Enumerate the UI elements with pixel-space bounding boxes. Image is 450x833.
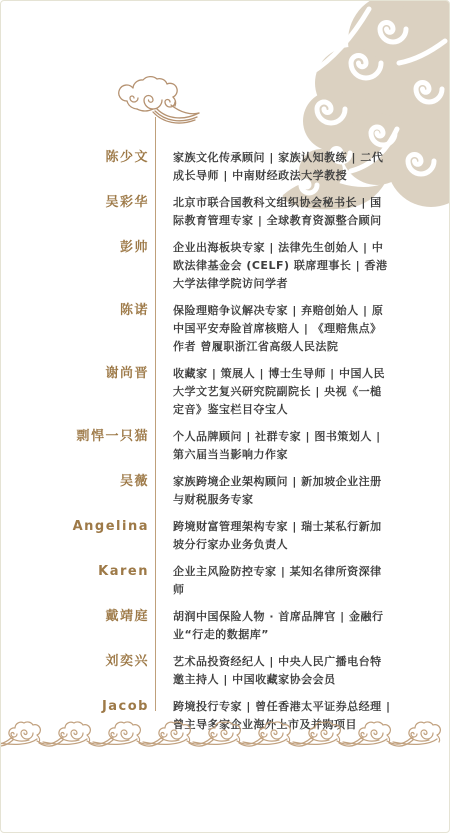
person-row: 刘奕兴 艺术品投资经纪人 | 中央人民广播电台特邀主持人 | 中国收藏家协会会员 [61,653,393,689]
person-name: 彭帅 [61,239,149,293]
cloud-scroll-icon [251,719,301,749]
person-desc: 个人品牌顾问 | 社群专家 | 图书策划人 | 第六届当当影响力作家 [173,428,393,464]
cloud-scroll-icon [351,719,401,749]
person-row: 陈少文 家族文化传承顾问 | 家族认知教练 | 二代成长导师 | 中南财经政法大… [61,149,393,185]
person-name: 戴靖庭 [61,608,149,644]
cloud-scroll-icon [401,719,450,749]
cloud-scroll-icon [301,719,351,749]
person-row: Angelina 跨境财富管理架构专家 | 瑞士某私行新加坡分行家办业务负责人 [61,518,393,554]
person-name: 刘奕兴 [61,653,149,689]
person-row: 陈诺 保险理赔争议解决专家 | 弃赔创始人 | 原中国平安寿险首席核赔人 | 《… [61,302,393,356]
ruyi-cloud-icon [113,71,205,127]
person-desc: 保险理赔争议解决专家 | 弃赔创始人 | 原中国平安寿险首席核赔人 | 《理赔焦… [173,302,393,356]
person-row: 吴彩华 北京市联合国教科文组织协会秘书长 | 国际教育管理专家 | 全球教育资源… [61,194,393,230]
person-desc: 跨境财富管理架构专家 | 瑞士某私行新加坡分行家办业务负责人 [173,518,393,554]
person-row: 剽悍一只猫 个人品牌顾问 | 社群专家 | 图书策划人 | 第六届当当影响力作家 [61,428,393,464]
person-row: Karen 企业主风险防控专家 | 某知名律所资深律师 [61,563,393,599]
person-name: 剽悍一只猫 [61,428,149,464]
person-desc: 胡润中国保险人物 · 首席品牌官 | 金融行业“行走的数据库” [173,608,393,644]
person-row: 谢尚晋 收藏家 | 策展人 | 博士生导师 | 中国人民大学文艺复兴研究院副院长… [61,365,393,419]
person-name: 陈诺 [61,302,149,356]
poster-card: 陈少文 家族文化传承顾问 | 家族认知教练 | 二代成长导师 | 中南财经政法大… [0,0,450,833]
cloud-scroll-icon [51,719,101,749]
person-row: 吴薇 家族跨境企业架构顾问 | 新加坡企业注册与财税服务专家 [61,473,393,509]
person-name: 谢尚晋 [61,365,149,419]
person-desc: 北京市联合国教科文组织协会秘书长 | 国际教育管理专家 | 全球教育资源整合顾问 [173,194,393,230]
person-name: Angelina [61,518,149,554]
person-desc: 企业主风险防控专家 | 某知名律所资深律师 [173,563,393,599]
person-desc: 家族跨境企业架构顾问 | 新加坡企业注册与财税服务专家 [173,473,393,509]
cloud-scroll-icon [201,719,251,749]
person-desc: 艺术品投资经纪人 | 中央人民广播电台特邀主持人 | 中国收藏家协会会员 [173,653,393,689]
person-row: 戴靖庭 胡润中国保险人物 · 首席品牌官 | 金融行业“行走的数据库” [61,608,393,644]
person-desc: 企业出海板块专家 | 法律先生创始人 | 中欧法律基金会 (CELF) 联席理事… [173,239,393,293]
person-desc: 收藏家 | 策展人 | 博士生导师 | 中国人民大学文艺复兴研究院副院长 | 央… [173,365,393,419]
person-desc: 家族文化传承顾问 | 家族认知教练 | 二代成长导师 | 中南财经政法大学教授 [173,149,393,185]
speaker-list: 陈少文 家族文化传承顾问 | 家族认知教练 | 二代成长导师 | 中南财经政法大… [61,149,393,743]
cloud-scroll-icon [101,719,151,749]
footer-cloud-border [1,719,450,749]
person-name: 吴薇 [61,473,149,509]
person-name: 吴彩华 [61,194,149,230]
person-name: Karen [61,563,149,599]
cloud-scroll-icon [151,719,201,749]
person-row: 彭帅 企业出海板块专家 | 法律先生创始人 | 中欧法律基金会 (CELF) 联… [61,239,393,293]
person-name: 陈少文 [61,149,149,185]
cloud-scroll-icon [1,719,51,749]
